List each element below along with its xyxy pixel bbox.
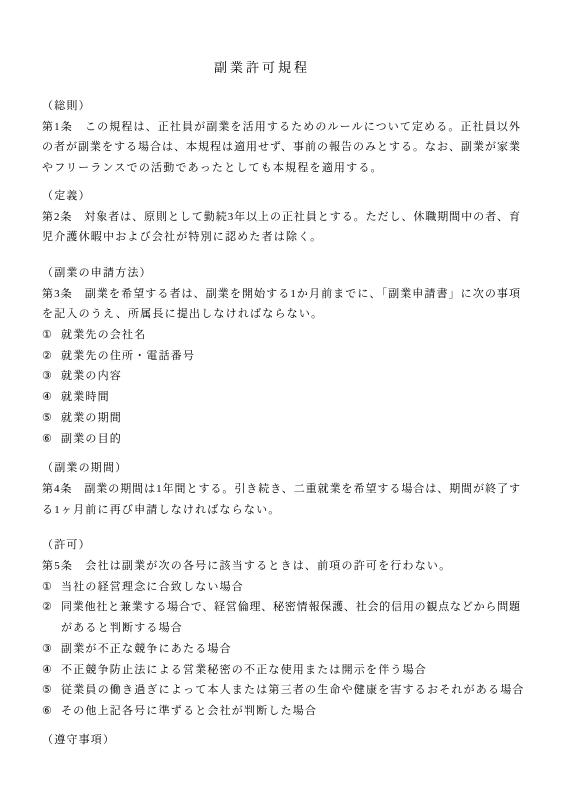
paragraph-line: 第1条 この規程は、正社員が副業を活用するためのルールについて定める。正社員以外 [42,117,520,138]
numbered-item: ① 当社の経営理念に合致しない場合 [42,577,520,598]
numbered-item: ⑤ 就業の期間 [42,408,520,429]
item-text: 副業の目的 [61,429,520,450]
section-heading: （許可） [42,535,520,556]
item-number: ③ [42,639,61,660]
numbered-item: ③ 就業の内容 [42,366,520,387]
section-heading: （定義） [42,186,520,207]
item-text: があると判断する場合 [61,618,520,639]
numbered-item: ⑤ 従業員の働き過ぎによって本人または第三者の生命や健康を害するおそれがある場合 [42,680,520,701]
item-text: 就業時間 [61,387,520,408]
paragraph-line: の者が副業をする場合は、本規程は適用せず、事前の報告のみとする。なお、副業が家業 [42,137,520,158]
item-number: ④ [42,660,61,681]
item-text: 当社の経営理念に合致しない場合 [61,577,520,598]
section-heading: （副業の期間） [42,458,520,479]
item-text: 副業が不正な競争にあたる場合 [61,639,520,660]
item-number: ③ [42,366,61,387]
document-title: 副業許可規程 [42,56,482,80]
section-heading: （副業の申請方法） [42,263,520,284]
numbered-item: ③ 副業が不正な競争にあたる場合 [42,639,520,660]
item-number: ② [42,597,61,638]
section-general-rules: （総則） 第1条 この規程は、正社員が副業を活用するためのルールについて定める。… [42,96,520,179]
item-number: ① [42,325,61,346]
document-page: 副業許可規程 （総則） 第1条 この規程は、正社員が副業を活用するためのルールに… [0,0,561,806]
item-text: 就業先の住所・電話番号 [61,346,520,367]
section-heading: （遵守事項） [42,730,520,751]
numbered-item: ② 同業他社と兼業する場合で、経営倫理、秘密情報保護、社会的信用の観点などから問… [42,597,520,638]
numbered-item: ② 就業先の住所・電話番号 [42,346,520,367]
paragraph-line: 児介護休暇中および会社が特別に認めた者は除く。 [42,227,520,248]
item-text: 就業先の会社名 [61,325,520,346]
item-text: 同業他社と兼業する場合で、経営倫理、秘密情報保護、社会的信用の観点などから問題 [61,597,520,618]
numbered-item: ④ 就業時間 [42,387,520,408]
item-number: ⑤ [42,408,61,429]
paragraph-line: 第5条 会社は副業が次の各号に該当するときは、前項の許可を行わない。 [42,556,520,577]
numbered-item: ④ 不正競争防止法による営業秘密の不正な使用または開示を伴う場合 [42,660,520,681]
paragraph-line: る1ヶ月前に再び申請しなければならない。 [42,500,520,521]
item-number: ④ [42,387,61,408]
paragraph-line: 第4条 副業の期間は1年間とする。引き続き、二重就業を希望する場合は、期間が終了… [42,479,520,500]
section-compliance: （遵守事項） [42,730,520,751]
paragraph-line: 第2条 対象者は、原則として勤続3年以上の正社員とする。ただし、休職期間中の者、… [42,207,520,228]
section-permission: （許可） 第5条 会社は副業が次の各号に該当するときは、前項の許可を行わない。 … [42,535,520,721]
section-definitions: （定義） 第2条 対象者は、原則として勤続3年以上の正社員とする。ただし、休職期… [42,186,520,248]
section-side-job-period: （副業の期間） 第4条 副業の期間は1年間とする。引き続き、二重就業を希望する場… [42,458,520,520]
section-heading: （総則） [42,96,520,117]
paragraph-line: 第3条 副業を希望する者は、副業を開始する1か月前までに、「副業申請書」に次の事… [42,284,520,305]
numbered-item: ⑥ その他上記各号に準ずると会社が判断した場合 [42,701,520,722]
item-number: ⑥ [42,701,61,722]
numbered-item: ⑥ 副業の目的 [42,429,520,450]
item-number: ⑥ [42,429,61,450]
item-text: その他上記各号に準ずると会社が判断した場合 [61,701,520,722]
paragraph-line: を記入のうえ、所属長に提出しなければならない。 [42,304,520,325]
item-number: ② [42,346,61,367]
item-number: ⑤ [42,680,61,701]
item-text: 従業員の働き過ぎによって本人または第三者の生命や健康を害するおそれがある場合 [61,680,520,701]
numbered-item: ① 就業先の会社名 [42,325,520,346]
item-text: 就業の期間 [61,408,520,429]
item-text: 不正競争防止法による営業秘密の不正な使用または開示を伴う場合 [61,660,520,681]
item-text: 就業の内容 [61,366,520,387]
section-application-method: （副業の申請方法） 第3条 副業を希望する者は、副業を開始する1か月前までに、「… [42,263,520,449]
paragraph-line: やフリーランスでの活動であったとしても本規程を適用する。 [42,158,520,179]
item-number: ① [42,577,61,598]
